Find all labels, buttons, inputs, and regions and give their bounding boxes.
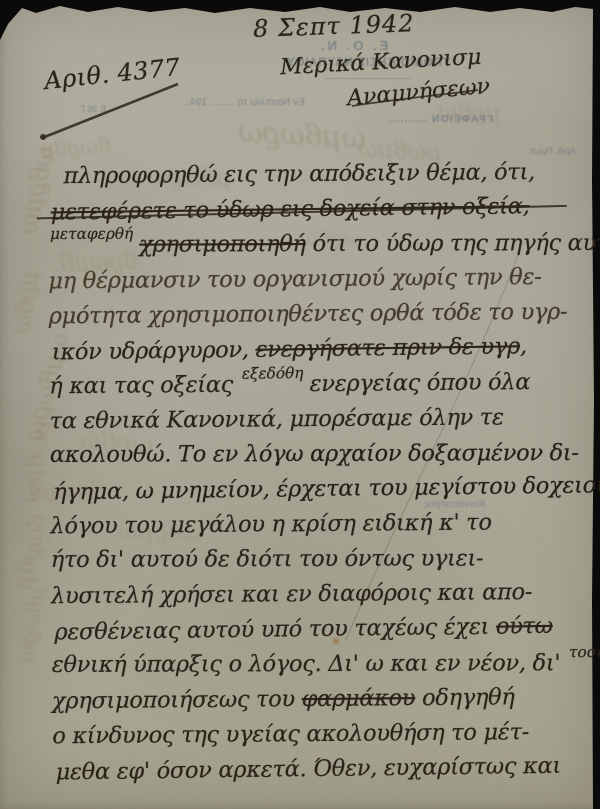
struck-text: φαρμάκου [302, 685, 416, 712]
hand-text: πληροφορηθώ εις την απόδειξιν θέμα, ότι, [63, 159, 535, 189]
hand-text: ικόν υδράργυρον, [52, 337, 256, 366]
hand-line: ήτο δι' αυτού δε διότι του όντως υγιει- [51, 541, 581, 578]
hand-text: λόγου του μεγάλου η κρίση ειδική κ' το [50, 509, 491, 539]
hand-line: ρμότητα χρησιμοποιηθέντες ορθά τόδε το υ… [48, 295, 578, 335]
letterhead-place-bleed: Εν Ναυπλίω τη ......... 194... [182, 97, 305, 108]
hand-text: ρμότητα χρησιμοποιηθέντες ορθά τόδε το υ… [49, 299, 568, 330]
struck-text: χρησιμοποιηθή [139, 231, 306, 258]
letterhead-rule [325, 78, 411, 79]
hand-line: πληροφορηθώ εις την απόδειξιν θέμα, ότι, [47, 155, 577, 195]
struck-text: ενεργήσατε πριν δε υγρ [255, 333, 520, 362]
hand-text: ή και τας οξείας [49, 372, 240, 400]
hand-text: χρησιμοποιήσεως του [52, 686, 302, 714]
hand-text: ότι το ύδωρ της πηγής αυτής θα [306, 230, 600, 257]
scanned-document: ωμϐωϱωϱωϐμωϐωϱϐμμϐωϱωωϱϐωϐϱωμϐωϐϱμωμϱϐωω… [0, 0, 600, 809]
hand-line: εθνική ύπαρξις ο λόγος. Δι' ω και εν νέο… [52, 646, 582, 683]
inserted-word: μεταφερθή [50, 225, 133, 243]
letterhead-printmark-bleed: Ε 36 Γ [80, 104, 106, 114]
hand-text: ακολουθώ. Το εν λόγω αρχαίον δοξασμένον … [50, 440, 579, 468]
hand-line: ρεσθένειας αυτού υπό του ταχέως έχει ούτ… [54, 608, 584, 650]
hand-text: ήτο δι' αυτού δε διότι του όντως υγιει- [51, 545, 484, 573]
hand-line: χρησιμοποιήσεως του φαρμάκου οδηγηθή [52, 680, 582, 720]
inserted-word: τοσούτη [569, 643, 600, 661]
hand-text: ήγημα, ω μνημείον, έρχεται του μεγίστου … [53, 472, 600, 505]
hand-text: εθνική ύπαρξις ο λόγος. Δι' ω και εν νέο… [52, 650, 567, 678]
hand-text: , [520, 333, 527, 359]
letterhead-office-bleed: ΓΡΑΦΕΙΟΝ .......... [388, 113, 493, 125]
hand-line: λυσιτελή χρήσει και εν διαφόροις και απο… [51, 575, 581, 615]
hand-line: ο κίνδυνος της υγείας ακολουθήση το μέτ- [52, 715, 582, 755]
hand-line: ή και τας οξείας εξεδόθηενεργείας όπου ό… [49, 365, 579, 405]
hand-text: λυσιτελή χρήσει και εν διαφόροις και απο… [51, 579, 532, 609]
hand-text: οδηγηθή [415, 684, 515, 711]
hand-text: τα εθνικά Κανονικά, μπορέσαμε όλην τε [49, 404, 503, 434]
handwritten-body: πληροφορηθώ εις την απόδειξιν θέμα, ότι,… [47, 155, 582, 790]
hand-line: μεταφερθήχρησιμοποιηθή ότι το ύδωρ της π… [48, 226, 578, 263]
hand-line: ικόν υδράργυρον, ενεργήσατε πριν δε υγρ, [52, 328, 582, 370]
hand-line: ήγημα, ω μνημείον, έρχεται του μεγίστου … [53, 468, 583, 510]
hand-line: μη θέρμανσιν του οργανισμού χωρίς την θε… [48, 260, 578, 300]
inserted-word: εξεδόθη [242, 364, 304, 383]
hand-text: μη θέρμανσιν του οργανισμού χωρίς την θε… [48, 264, 541, 294]
struck-text: ούτω [496, 613, 553, 640]
hand-text: ενεργείας όπου όλα [309, 369, 530, 397]
hand-line: μεθα εφ' όσον αρκετά. Όθεν, ευχαρίστως κ… [55, 748, 585, 790]
hand-line: ακολουθώ. Το εν λόγω αρχαίον δοξασμένον … [50, 436, 580, 473]
hand-line: τα εθνικά Κανονικά, μπορέσαμε όλην τε [49, 400, 579, 440]
hand-text: ο κίνδυνος της υγείας ακολουθήση το μέτ- [52, 719, 529, 749]
date-annotation: 8 Σεπτ 1942 [253, 9, 415, 43]
hand-text: μεθα εφ' όσον αρκετά. Όθεν, ευχαρίστως κ… [55, 753, 561, 786]
hand-text: ρεσθένειας αυτού υπό του ταχέως έχει [54, 614, 496, 646]
hand-line: λόγου του μεγάλου η κρίση ειδική κ' το [50, 505, 580, 545]
struck-text: μετεφέρετε το ύδωρ εις δοχεία στην οξεία… [51, 193, 530, 225]
